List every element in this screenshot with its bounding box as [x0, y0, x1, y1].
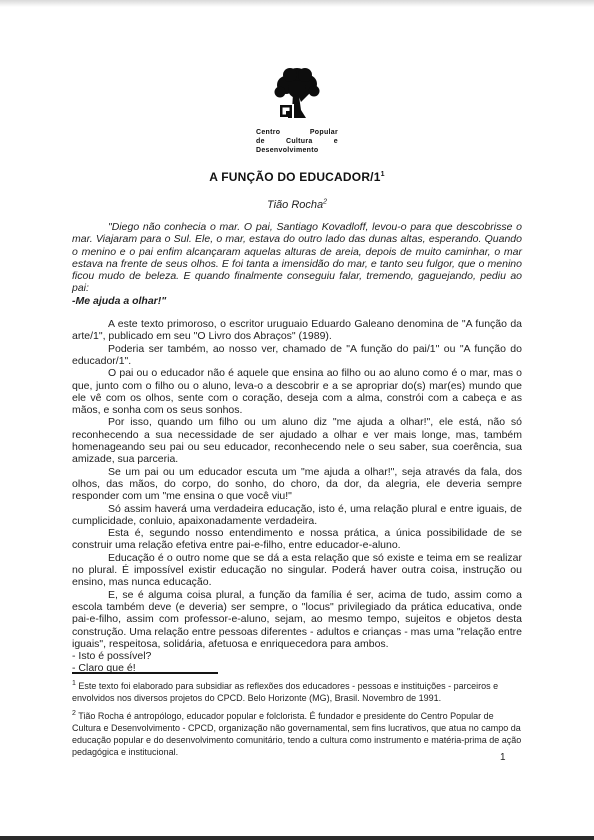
page-number: 1: [500, 752, 506, 763]
footnotes-section: 1 Este texto foi elaborado para subsidia…: [72, 672, 524, 765]
author-name: Tião Rocha: [267, 199, 323, 211]
tree-logo-icon: [261, 66, 333, 126]
window-bottom-edge: [0, 836, 594, 840]
title-text: A FUNÇÃO DO EDUCADOR/1: [209, 170, 380, 184]
title-footnote-ref: 1: [381, 171, 385, 178]
body-paragraph: Educação é o outro nome que se dá a esta…: [72, 552, 522, 589]
footnote-list: 1 Este texto foi elaborado para subsidia…: [72, 681, 524, 758]
document-page: Centro Popular de Cultura e Desenvolvime…: [0, 0, 594, 840]
footnote-ref: 2: [72, 710, 76, 717]
logo-wordmark-line: Centro Popular: [256, 128, 338, 137]
body-paragraph: Poderia ser também, ao nosso ver, chamad…: [72, 343, 522, 368]
footnote-text: Este texto foi elaborado para subsidiar …: [72, 681, 498, 703]
logo-wordmark-line: Desenvolvimento: [256, 146, 338, 155]
logo-wordmark-line: de Cultura e: [256, 137, 338, 146]
body-paragraph: E, se é alguma coisa plural, a função da…: [72, 589, 522, 650]
body-paragraph: Esta é, segundo nosso entendimento e nos…: [72, 527, 522, 552]
author-footnote-ref: 2: [323, 198, 327, 205]
author-line: Tião Rocha2: [0, 199, 594, 211]
document-body: "Diego não conhecia o mar. O pai, Santia…: [72, 221, 522, 675]
footnote: 1 Este texto foi elaborado para subsidia…: [72, 681, 524, 704]
logo-wordmark: Centro Popular de Cultura e Desenvolvime…: [256, 128, 338, 155]
quote-emphasis-line: -Me ajuda a olhar!": [72, 295, 522, 307]
footnote-ref: 1: [72, 680, 76, 687]
body-paragraph: Se um pai ou um educador escuta um "me a…: [72, 466, 522, 503]
page-top-shadow: [0, 0, 594, 7]
cpcd-logo: Centro Popular de Cultura e Desenvolvime…: [0, 66, 594, 155]
dialogue-lines: - Isto é possível? - Claro que é!: [72, 650, 522, 675]
body-paragraph: A este texto primoroso, o escritor urugu…: [72, 318, 522, 343]
dialogue-line: - Isto é possível?: [72, 650, 522, 662]
body-paragraph: Por isso, quando um filho ou um aluno di…: [72, 416, 522, 465]
footnote-separator-rule: [72, 672, 218, 674]
opening-quote: "Diego não conhecia o mar. O pai, Santia…: [72, 221, 522, 295]
body-paragraph: Só assim haverá uma verdadeira educação,…: [72, 503, 522, 528]
body-paragraphs: A este texto primoroso, o escritor urugu…: [72, 318, 522, 650]
footnote: 2 Tião Rocha é antropólogo, educador pop…: [72, 711, 524, 758]
page-title: A FUNÇÃO DO EDUCADOR/11: [0, 170, 594, 184]
footnote-text: Tião Rocha é antropólogo, educador popul…: [72, 711, 521, 756]
body-paragraph: O pai ou o educador não é aquele que ens…: [72, 367, 522, 416]
